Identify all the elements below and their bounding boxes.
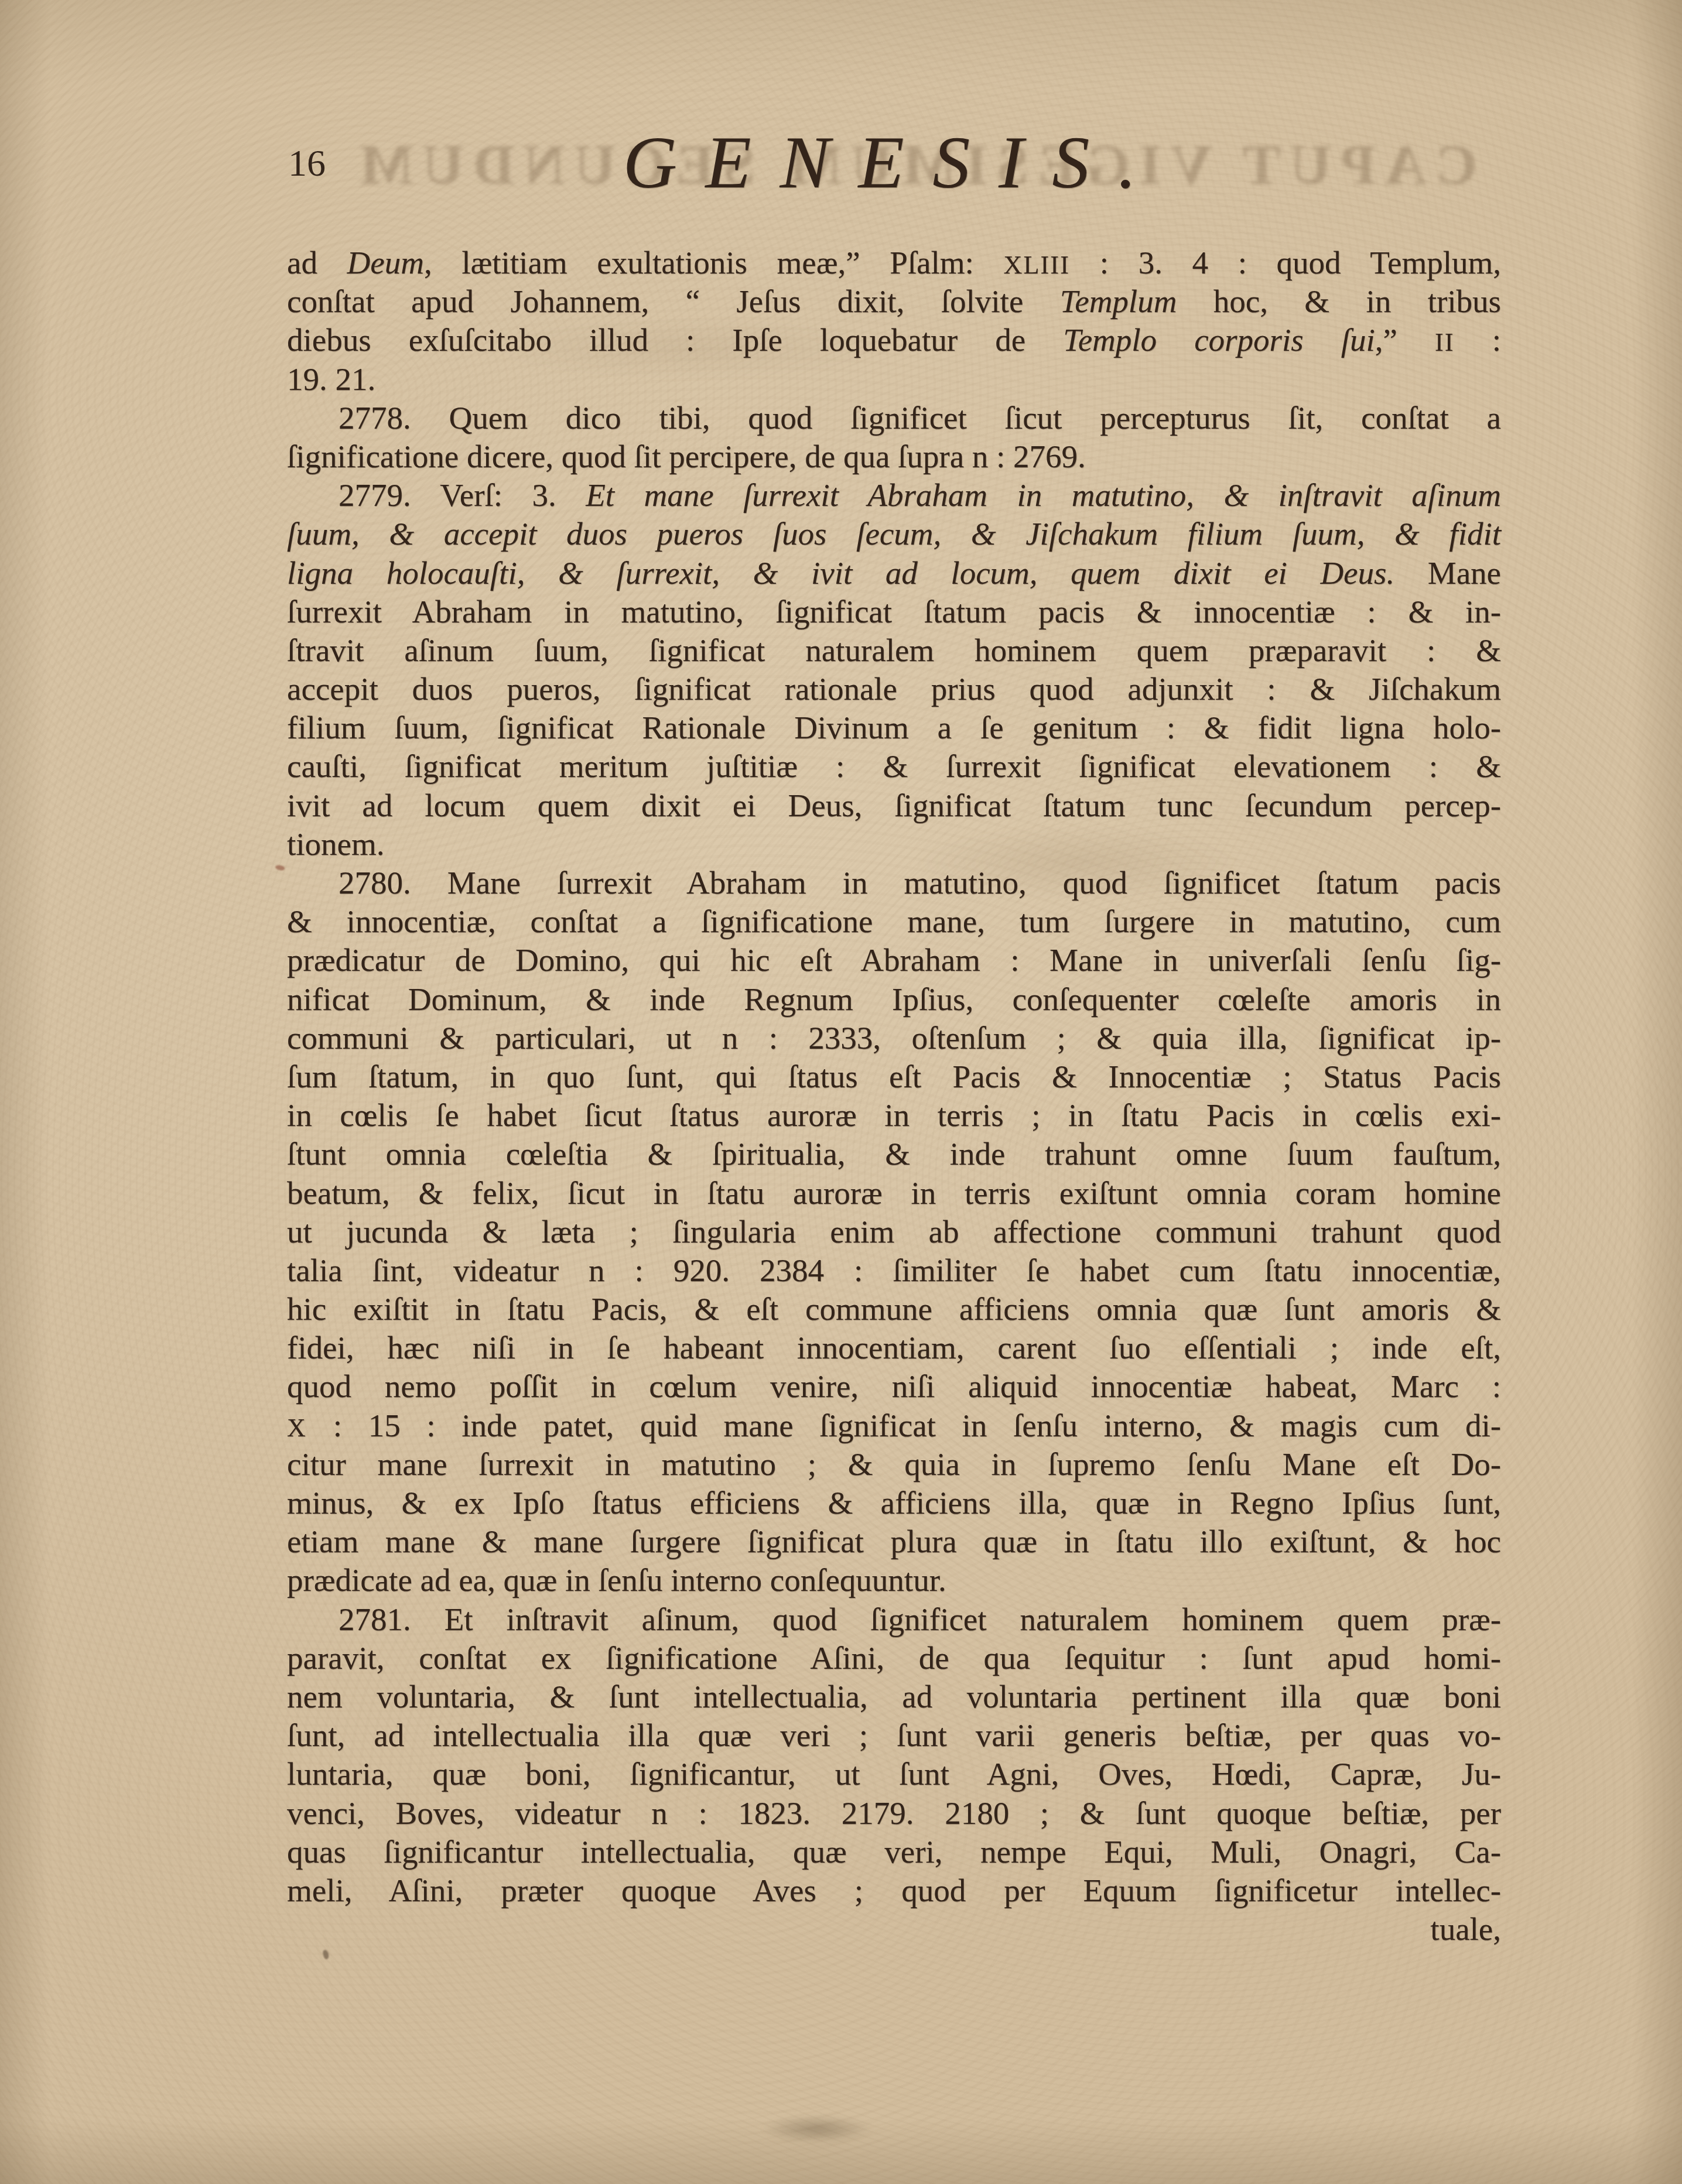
body-line: venci, Boves, videatur n : 1823. 2179. 2… [287,1794,1501,1833]
text-segment: meli, Aſini, præter quoque Aves ; quod p… [287,1873,1501,1908]
text-segment: hic exiſtit in ſtatu Pacis, & eſt commun… [287,1291,1501,1327]
text-segment: ſtravit aſinum ſuum, ſignificat naturale… [287,632,1501,668]
text-segment: communi & particulari, ut n : 2333, oſte… [287,1020,1501,1056]
body-line: filium ſuum, ſignificat Rationale Divinu… [287,708,1501,747]
text-segment: tuale, [1430,1911,1501,1947]
text-segment: : 15 : inde patet, quid mane ſignificat … [307,1408,1501,1443]
ink-speck [322,1949,330,1960]
body-line: nem voluntaria, & ſunt intellectualia, a… [287,1678,1501,1716]
text-segment: filium ſuum, ſignificat Rationale Divinu… [287,710,1501,745]
body-line: quod nemo poſſit in cœlum venire, niſi a… [287,1367,1501,1406]
text-segment: : [1455,322,1501,358]
text-segment: luntaria, quæ boni, ſignificantur, ut ſu… [287,1756,1501,1792]
body-line: meli, Aſini, præter quoque Aves ; quod p… [287,1871,1501,1910]
body-line: ſunt, ad intellectualia illa quæ veri ; … [287,1716,1501,1755]
body-line: hic exiſtit in ſtatu Pacis, & eſt commun… [287,1290,1501,1329]
text-segment: ſuum, & accepit duos pueros ſuos ſecum, … [287,516,1501,552]
body-line: communi & particulari, ut n : 2333, oſte… [287,1019,1501,1057]
ink-speck [275,864,285,871]
body-line: in cœlis ſe habet ſicut ſtatus auroræ in… [287,1096,1501,1135]
body-line: accepit duos pueros, ſignificat rational… [287,670,1501,708]
text-segment: 2780. Mane ſurrexit Abraham in matutino,… [339,865,1501,901]
text-segment: : 3. 4 : quod Templum, [1070,245,1501,280]
ink-smudge [761,2115,873,2143]
body-line: ivit ad locum quem dixit ei Deus, ſignif… [287,786,1501,825]
body-line: quas ſignificantur intellectualia, quæ v… [287,1833,1501,1871]
body-line: nificat Dominum, & inde Regnum Ipſius, c… [287,980,1501,1019]
page-title: GENESIS. [287,119,1501,206]
body-line: talia ſint, videatur n : 920. 2384 : ſim… [287,1251,1501,1290]
text-segment: hoc, & in tribus [1177,283,1501,319]
text-segment: ſignificatione dicere, quod ſit perciper… [287,439,1086,474]
body-line: 2778. Quem dico tibi, quod ſignificet ſi… [287,399,1501,437]
body-line: ſignificatione dicere, quod ſit perciper… [287,437,1501,476]
body-line: etiam mane & mane ſurgere ſignificat plu… [287,1522,1501,1561]
body-line: fidei, hæc niſi in ſe habeant innocentia… [287,1329,1501,1367]
text-segment: paravit, conſtat ex ſignificatione Aſini… [287,1640,1501,1676]
body-line: ſum ſtatum, in quo ſunt, qui ſtatus eſt … [287,1057,1501,1096]
text-segment: quas ſignificantur intellectualia, quæ v… [287,1834,1501,1870]
text-block: ad Deum, lætitiam exultationis meæ,” Pſa… [287,244,1501,1949]
text-segment: 2779. Verſ: 3. [339,477,586,513]
text-segment: ligna holocauſti, & ſurrexit, & ivit ad … [287,555,1394,591]
text-segment: ut jucunda & læta ; ſingularia enim ab a… [287,1214,1501,1250]
text-segment: citur mane ſurrexit in matutino ; & quia… [287,1446,1501,1482]
text-segment: ,” [1375,322,1435,358]
body-line: 19. 21. [287,360,1501,399]
text-segment: minus, & ex Ipſo ſtatus efficiens & affi… [287,1485,1501,1521]
text-segment: nem voluntaria, & ſunt intellectualia, a… [287,1679,1501,1714]
body-line: 2781. Et inſtravit aſinum, quod ſignific… [287,1600,1501,1639]
body-line: cauſti, ſignificat meritum juſtitiæ : & … [287,747,1501,786]
text-segment: & innocentiæ, conſtat a ſignificatione m… [287,903,1501,939]
body-line: tionem. [287,825,1501,864]
text-segment: 2778. Quem dico tibi, quod ſignificet ſi… [339,400,1501,436]
text-segment: , lætitiam exultationis meæ,” Pſalm: [424,245,1004,280]
body-line: luntaria, quæ boni, ſignificantur, ut ſu… [287,1755,1501,1793]
text-segment: ſtunt omnia cœleſtia & ſpiritualia, & in… [287,1136,1501,1172]
text-segment: Et mane ſurrexit Abraham in matutino, & … [586,477,1501,513]
text-segment: II [1435,328,1455,357]
text-segment: nificat Dominum, & inde Regnum Ipſius, c… [287,981,1501,1017]
text-segment: Templum [1060,283,1177,319]
body-line: & innocentiæ, conſtat a ſignificatione m… [287,902,1501,941]
text-segment: Mane [1394,555,1501,591]
text-segment: conſtat apud Johannem, “ Jeſus dixit, ſo… [287,283,1060,319]
text-segment: ivit ad locum quem dixit ei Deus, ſignif… [287,788,1501,823]
text-segment: beatum, & felix, ſicut in ſtatu auroræ i… [287,1175,1501,1211]
text-segment: accepit duos pueros, ſignificat rational… [287,671,1501,707]
body-line: X : 15 : inde patet, quid mane ſignifica… [287,1406,1501,1445]
text-segment: talia ſint, videatur n : 920. 2384 : ſim… [287,1252,1501,1288]
text-segment: Deum [347,245,424,280]
text-segment: etiam mane & mane ſurgere ſignificat plu… [287,1524,1501,1559]
text-segment: Templo corporis ſui [1063,322,1375,358]
body-line: ut jucunda & læta ; ſingularia enim ab a… [287,1213,1501,1251]
body-line: ligna holocauſti, & ſurrexit, & ivit ad … [287,554,1501,593]
body-line: 2780. Mane ſurrexit Abraham in matutino,… [287,864,1501,902]
text-segment: ſunt, ad intellectualia illa quæ veri ; … [287,1717,1501,1753]
text-segment: 2781. Et inſtravit aſinum, quod ſignific… [339,1601,1501,1637]
body-line: prædicate ad ea, quæ in ſenſu interno co… [287,1561,1501,1600]
book-page-scan: CAPUT VIGESIMUM SECUNDUM 16 GENESIS. ad … [0,0,1682,2184]
body-line: diebus exſuſcitabo illud : Ipſe loquebat… [287,321,1501,360]
body-line: 2779. Verſ: 3. Et mane ſurrexit Abraham … [287,476,1501,515]
text-segment: ad [287,245,347,280]
body-line: prædicatur de Domino, qui hic eſt Abraha… [287,941,1501,980]
text-segment: prædicatur de Domino, qui hic eſt Abraha… [287,942,1501,978]
text-segment: prædicate ad ea, quæ in ſenſu interno co… [287,1562,946,1598]
text-segment: quod nemo poſſit in cœlum venire, niſi a… [287,1368,1501,1404]
body-line: ſtunt omnia cœleſtia & ſpiritualia, & in… [287,1135,1501,1173]
text-segment: XLIII [1003,251,1070,279]
body-line: tuale, [287,1910,1501,1949]
text-segment: in cœlis ſe habet ſicut ſtatus auroræ in… [287,1097,1501,1133]
body-line: conſtat apud Johannem, “ Jeſus dixit, ſo… [287,282,1501,321]
text-segment: X [287,1413,307,1442]
body-line: ſurrexit Abraham in matutino, ſignificat… [287,593,1501,631]
text-segment: cauſti, ſignificat meritum juſtitiæ : & … [287,748,1501,784]
body-line: paravit, conſtat ex ſignificatione Aſini… [287,1639,1501,1678]
body-line: ad Deum, lætitiam exultationis meæ,” Pſa… [287,244,1501,282]
text-segment: ſum ſtatum, in quo ſunt, qui ſtatus eſt … [287,1059,1501,1094]
text-segment: 19. 21. [287,361,375,397]
body-line: beatum, & felix, ſicut in ſtatu auroræ i… [287,1174,1501,1213]
text-segment: tionem. [287,826,385,862]
body-line: ſtravit aſinum ſuum, ſignificat naturale… [287,631,1501,670]
text-segment: venci, Boves, videatur n : 1823. 2179. 2… [287,1795,1501,1831]
text-segment: fidei, hæc niſi in ſe habeant innocentia… [287,1330,1501,1365]
body-line: citur mane ſurrexit in matutino ; & quia… [287,1445,1501,1484]
body-line: ſuum, & accepit duos pueros ſuos ſecum, … [287,515,1501,553]
text-segment: diebus exſuſcitabo illud : Ipſe loquebat… [287,322,1063,358]
text-segment: ſurrexit Abraham in matutino, ſignificat… [287,594,1501,629]
body-line: minus, & ex Ipſo ſtatus efficiens & affi… [287,1484,1501,1522]
